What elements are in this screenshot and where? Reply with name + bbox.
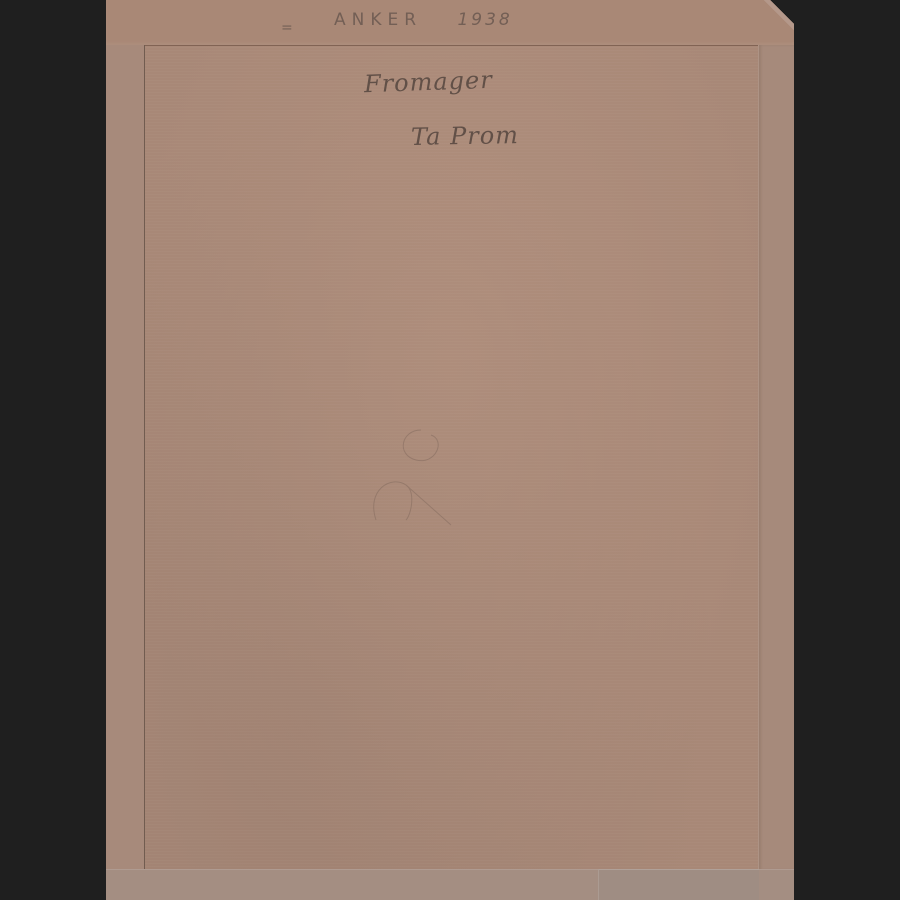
year: 1938 (457, 10, 512, 30)
folded-corner (752, 0, 794, 42)
artist-name: ANKER (334, 10, 422, 30)
bottom-right-tape-patch (598, 869, 759, 900)
artist-name-inscription: ANKER 1938 (334, 10, 513, 30)
title-line-1: Fromager (364, 66, 494, 98)
faint-embossed-mark (361, 410, 471, 530)
title-line-2: Ta Prom (411, 121, 519, 151)
pencil-mark: = (281, 20, 294, 36)
right-tape-strip (758, 45, 794, 870)
backing-board: = ANKER 1938 Fromager Ta Prom (106, 0, 794, 900)
left-tape-strip (106, 45, 145, 870)
